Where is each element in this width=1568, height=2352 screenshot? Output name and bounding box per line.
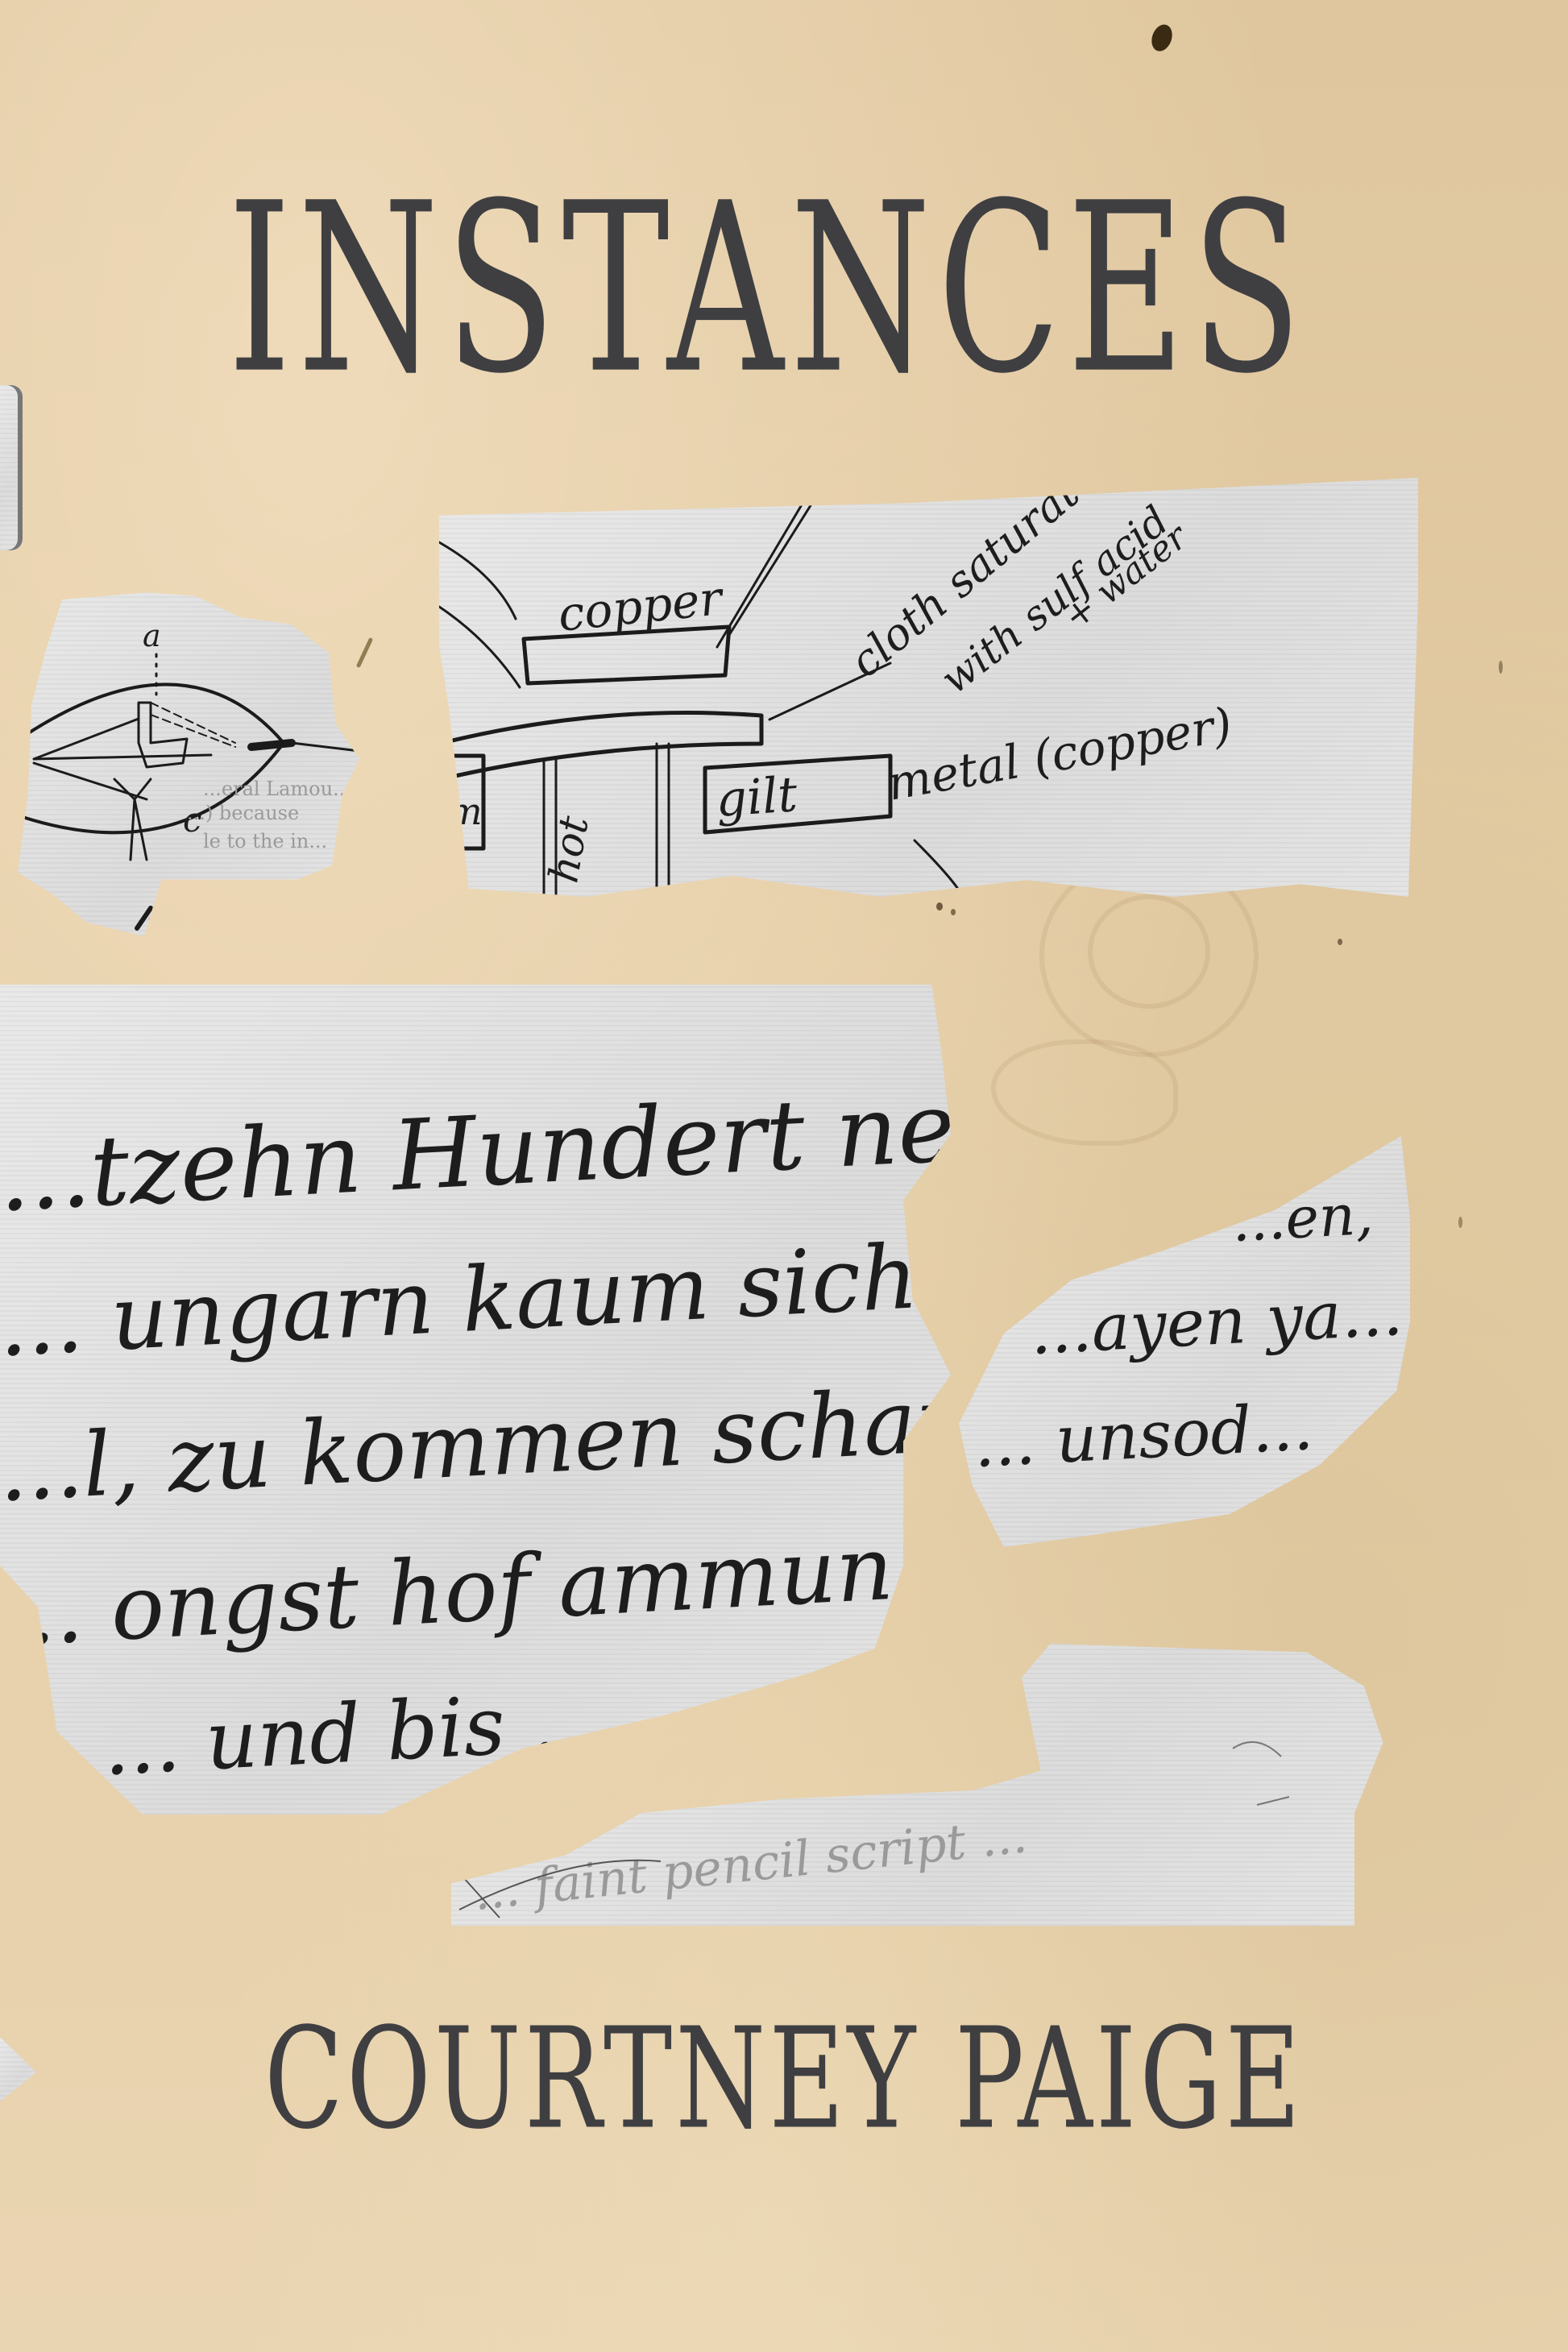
book-author: COURTNEY PAIGE — [0, 2010, 1568, 2150]
ink-speck — [951, 909, 956, 915]
paper-fragment-diagram: a c ...eral Lamou... ...) because le to … — [18, 582, 359, 936]
embossed-ornament — [991, 1039, 1178, 1146]
svg-text:... faint pencil script ...: ... faint pencil script ... — [471, 1807, 1030, 1922]
svg-text:..ms, the Gold: ..ms, the Gold — [147, 902, 283, 925]
ink-speck — [356, 637, 373, 668]
svg-text:...) because: ...) because — [187, 802, 299, 824]
ink-speck — [1338, 939, 1342, 945]
paper-fragment-letter: ...tzehn Hundert neun... ... ungarn kaum… — [0, 985, 951, 1815]
ink-speck — [1499, 661, 1503, 674]
svg-text:hot: hot — [540, 812, 598, 886]
ink-speck — [1148, 22, 1176, 54]
svg-text:...en,: ...en, — [1230, 1181, 1375, 1255]
ink-speck — [936, 902, 943, 911]
svg-text:... unsod...: ... unsod... — [972, 1389, 1315, 1482]
svg-text:copper: copper — [555, 570, 727, 642]
book-cover: INSTANCES a c ...eral Lamou... ...) beca… — [0, 0, 1568, 2352]
svg-text:...eral Lamou...: ...eral Lamou... — [203, 778, 351, 800]
paper-fragment-edge — [0, 385, 23, 550]
svg-text:metal (copper): metal (copper) — [883, 697, 1236, 811]
svg-text:...ayen ya...: ...ayen ya... — [1028, 1275, 1404, 1369]
svg-text:... ungarn kaum sich ...: ... ungarn kaum sich ... — [0, 1219, 1033, 1376]
svg-text:a: a — [143, 618, 161, 653]
paper-fragment-leaf: ...en, ...ayen ya... ... unsod... — [959, 1136, 1410, 1547]
lens-diagram-icon: a c ...eral Lamou... ...) because le to … — [18, 582, 359, 936]
svg-text:gilt: gilt — [714, 766, 799, 828]
book-title: INSTANCES — [0, 173, 1552, 407]
svg-text:le to the in...: le to the in... — [203, 830, 327, 852]
ink-speck — [1458, 1217, 1462, 1228]
svg-text:... und bis ...: ... und bis ... — [101, 1673, 609, 1794]
svg-text:... ongst hof ammun fil...: ... ongst hof ammun fil... — [0, 1506, 1096, 1666]
paper-fragment-apparatus: copper m hot gilt metal (copper) cloth s… — [439, 478, 1418, 897]
embossed-ornament — [1088, 894, 1210, 1009]
svg-text:m: m — [447, 790, 483, 833]
